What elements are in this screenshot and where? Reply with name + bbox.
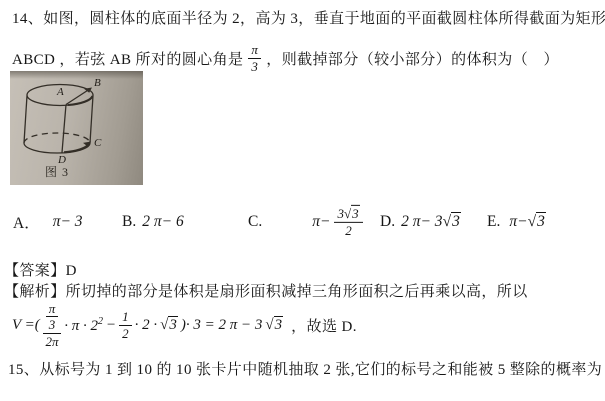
- nested-fraction-numerator: π 3: [43, 302, 62, 334]
- formula-term2: · 2 ·: [135, 317, 158, 334]
- formula-close: )· 3 = 2 π − 3: [181, 317, 263, 334]
- pi-over-3-inner: π 3: [46, 302, 59, 332]
- solution-formula: V =( π 3 2π · π · 22 − 1 2 · 2 · √3 )· 3…: [12, 297, 357, 353]
- pi-over-3-fraction: π 3: [248, 43, 261, 73]
- arc-dc-front: [64, 144, 89, 152]
- answer-line: 【答案】D: [4, 259, 77, 280]
- sqrt-icon: √: [265, 317, 273, 333]
- formula-tail: ，故选 D.: [291, 315, 357, 336]
- formula-minus: −: [106, 317, 116, 334]
- sqrt-icon: √: [443, 213, 452, 230]
- option-b: B. 2 π− 6: [122, 213, 184, 231]
- nested-fraction: π 3 2π: [43, 302, 62, 349]
- option-d: D. 2 π− 3√3: [380, 213, 461, 231]
- figure-photo: B A C D 图 3: [10, 71, 143, 185]
- option-a-label: A．: [13, 211, 40, 233]
- cylinder-drawing: B A C D 图 3: [10, 71, 143, 185]
- problem14-line2: ABCD ，若弦 AB 所对的圆心角是 π 3 ，则截掉部分（较小部分）的体积为…: [12, 41, 559, 75]
- sqrt-icon: √: [528, 213, 537, 230]
- fraction-numerator: π: [248, 43, 261, 59]
- option-c-fraction: 3√3 2: [334, 207, 362, 237]
- formula-sqrt3-1: √3: [160, 317, 178, 334]
- option-e-value: π−√3: [509, 213, 546, 231]
- vertex-label-a: A: [56, 86, 64, 98]
- formula-sqrt3-2: √3: [265, 317, 283, 334]
- cylinder-bottom-back-arc: [24, 133, 90, 143]
- option-d-label: D.: [380, 213, 395, 231]
- options-row: A． π− 3 B. 2 π− 6 C. π− 3√3 2 D. 2 π− 3√…: [0, 196, 605, 248]
- figure-caption: 图 3: [45, 165, 69, 179]
- option-c: C. π− 3√3 2: [248, 207, 363, 237]
- option-a-value: π− 3: [53, 213, 83, 231]
- option-b-value: 2 π− 6: [142, 213, 183, 231]
- vertex-label-b: B: [94, 77, 101, 89]
- cylinder-bottom-front-arc: [24, 143, 90, 153]
- vertex-label-c: C: [94, 137, 102, 149]
- nested-fraction-denominator: 2π: [46, 334, 59, 349]
- option-c-pre: π−: [312, 213, 330, 231]
- fraction-denominator: 3: [251, 59, 258, 74]
- option-e-label: E.: [487, 213, 500, 231]
- option-c-denominator: 2: [345, 223, 352, 238]
- option-b-label: B.: [122, 213, 136, 231]
- problem15-line: 15、从标号为 1 到 10 的 10 张卡片中随机抽取 2 张,它们的标号之和…: [8, 358, 605, 379]
- one-half-fraction: 1 2: [119, 310, 132, 340]
- option-c-label: C.: [248, 213, 262, 231]
- formula-term1: · π · 22: [64, 316, 103, 335]
- answer-label: 【答案】: [4, 263, 66, 279]
- problem14-line2-post: ，则截掉部分（较小部分）的体积为（ ）: [266, 48, 559, 69]
- option-a: A． π− 3: [13, 211, 83, 233]
- problem14-line1: 14、如图，圆柱体的底面半径为 2，高为 3，垂直于地面的平面截圆柱体所得截面为…: [12, 7, 605, 28]
- cylinder-right-side: [90, 96, 93, 144]
- formula-lhs: V =(: [12, 317, 40, 334]
- option-c-numerator: 3√3: [334, 207, 362, 223]
- option-d-value: 2 π− 3√3: [401, 213, 461, 231]
- problem14-line2-pre: ABCD ，若弦 AB 所对的圆心角是: [12, 48, 243, 69]
- answer-value: D: [66, 263, 77, 279]
- cylinder-left-side: [24, 96, 27, 144]
- option-e: E. π−√3: [487, 213, 546, 231]
- edge-ad: [62, 105, 66, 153]
